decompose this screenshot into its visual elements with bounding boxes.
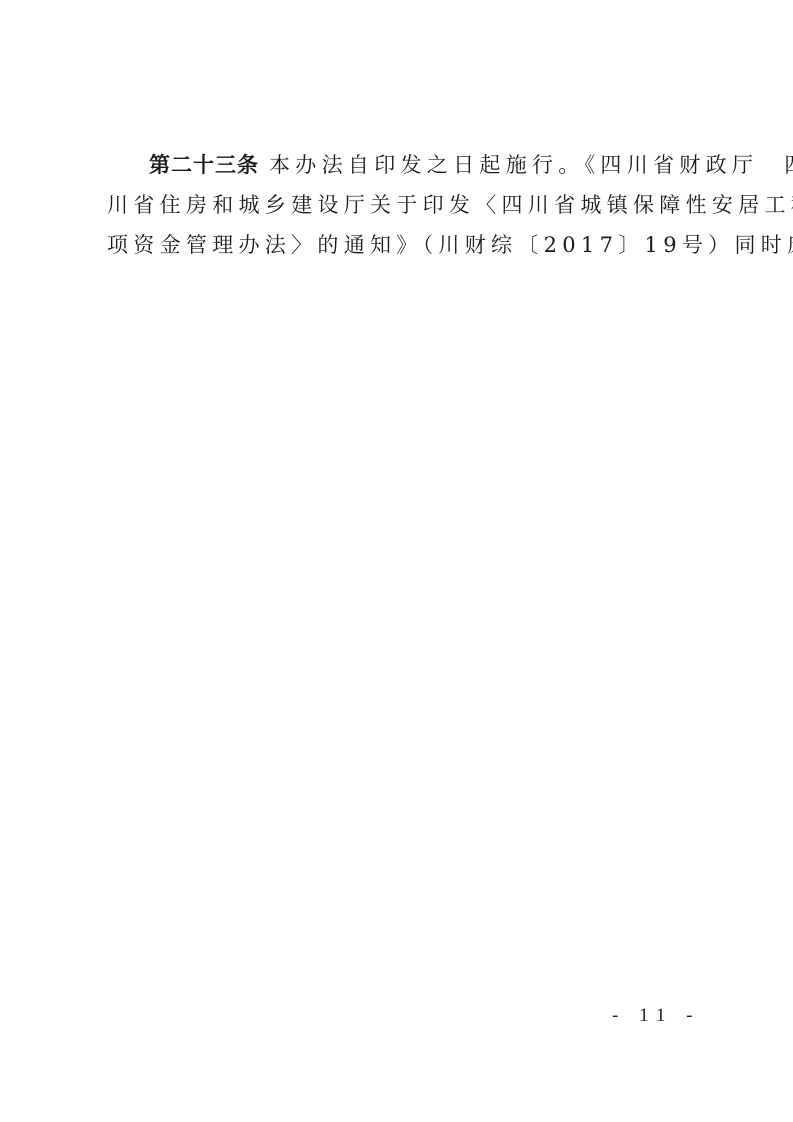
page-number: - 11 - (612, 1005, 700, 1027)
line-1-text: 本办法自印发之日起施行。《四川省财政厅 (269, 153, 758, 177)
paragraph-line-2: 川省住房和城乡建设厅关于印发〈四川省城镇保障性安居工程专 (107, 185, 697, 225)
article-label: 第二十三条 (149, 153, 259, 177)
paragraph-line-1: 第二十三条本办法自印发之日起施行。《四川省财政厅四 (107, 145, 697, 185)
document-page: 第二十三条本办法自印发之日起施行。《四川省财政厅四 川省住房和城乡建设厅关于印发… (0, 0, 793, 1122)
article-23-paragraph: 第二十三条本办法自印发之日起施行。《四川省财政厅四 川省住房和城乡建设厅关于印发… (107, 145, 697, 265)
line-1-tail: 四 (784, 153, 793, 177)
paragraph-line-3: 项资金管理办法〉的通知》（川财综〔2017〕19号）同时废止。 (107, 225, 697, 265)
